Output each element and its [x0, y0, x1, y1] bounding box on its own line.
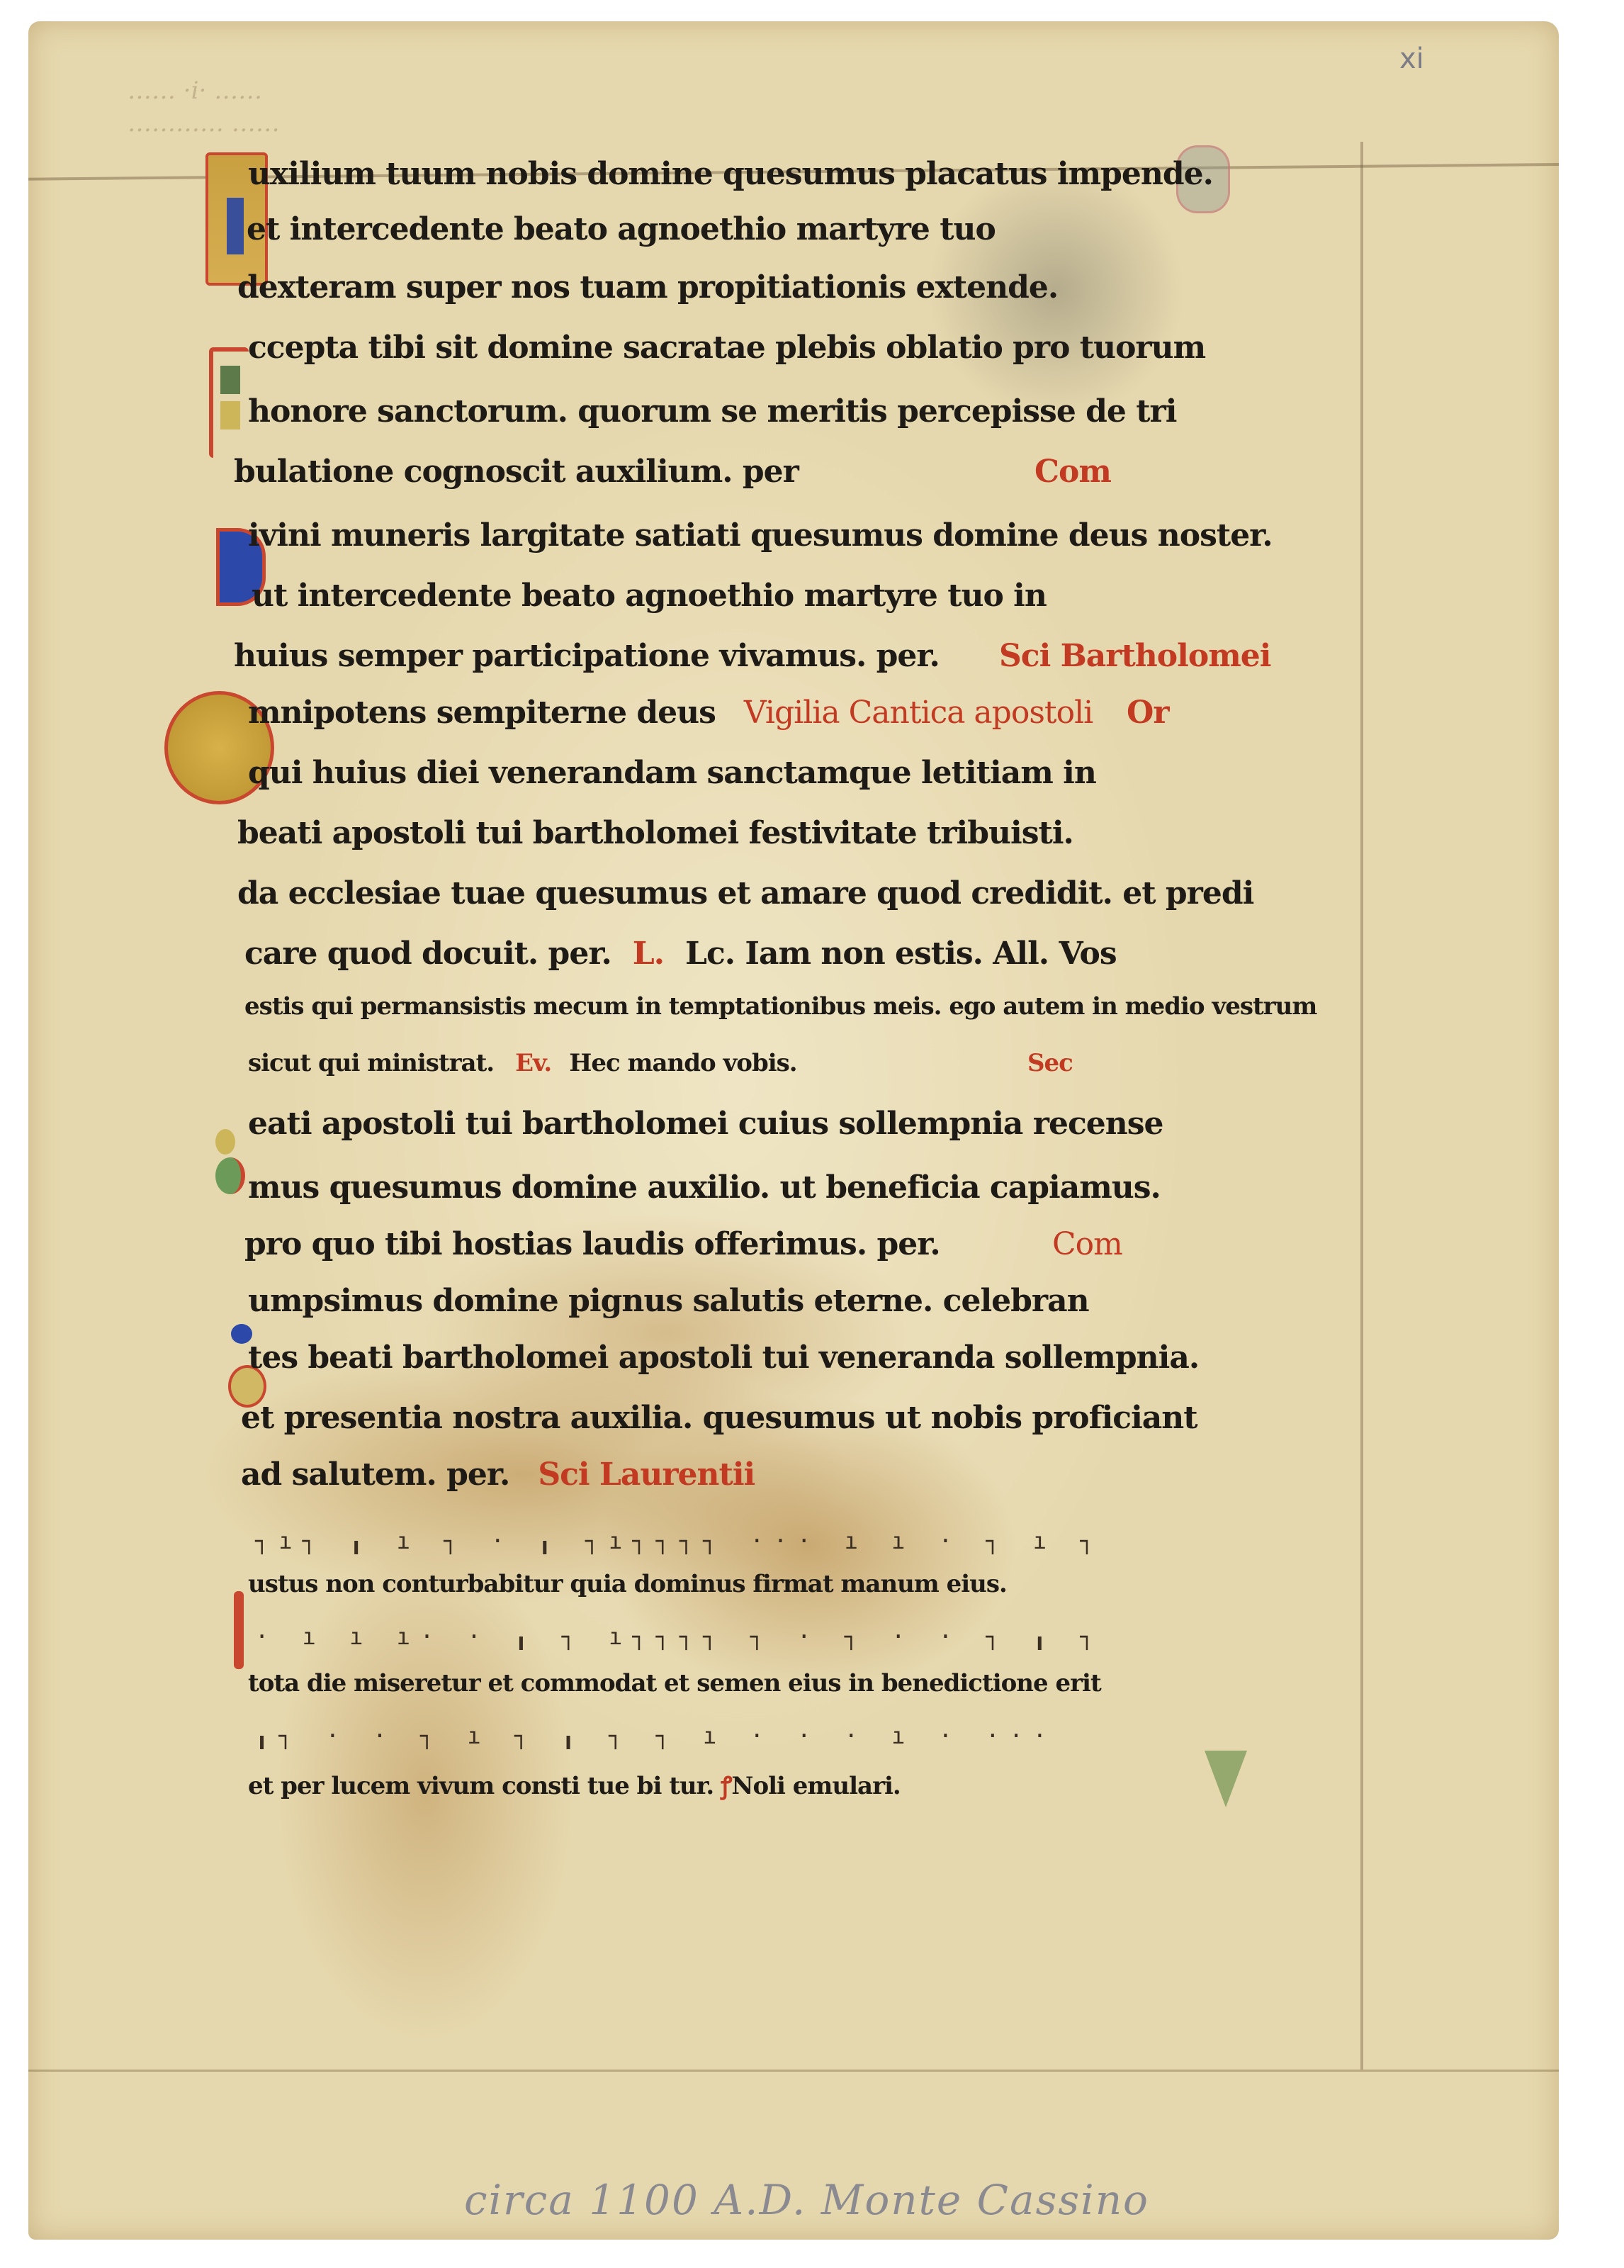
chant-text-line: ustus non conturbabitur quia dominus fir… — [248, 1570, 1007, 1598]
initial-b — [213, 1123, 241, 1201]
text-line: huius semper participatione vivamus. per… — [234, 638, 940, 674]
chant-incipit: Noli emulari. — [731, 1772, 900, 1800]
text-continuation: Lc. Iam non estis. All. Vos — [685, 936, 1117, 972]
rubric: Sec — [1027, 1049, 1073, 1077]
text-line: honore sanctorum. quorum se meritis perc… — [248, 393, 1176, 430]
text-line: dexteram super nos tuam propitiationis e… — [237, 269, 1058, 305]
neume-row: ┐ı┐ ╻ ı ┐ · ╻ ┐ı┐┐┐┐ ··· ı ı · ┐ ı ┐ — [255, 1527, 1104, 1554]
chant-text-line: et per lucem vivum consti tue bi tur.ꝭNo… — [248, 1768, 901, 1801]
initial-a-red — [209, 347, 249, 458]
rubric: Com — [1052, 1226, 1122, 1262]
text-continuation: Hec mando vobis. — [569, 1049, 796, 1077]
text-line: mus quesumus domine auxilio. ut benefici… — [248, 1169, 1161, 1206]
rubric: Or — [1127, 695, 1169, 731]
rubric: Ev. — [515, 1049, 551, 1077]
fold-line-bottom — [28, 2070, 1559, 2072]
text-line: beati apostoli tui bartholomei festivita… — [237, 815, 1073, 851]
neume-row: · ı ı ı· · ╻ ┐ ı┐┐┐┐ ┐ · ┐ · · ┐ ╻ ┐ — [255, 1623, 1104, 1650]
green-pigment-mark — [1205, 1751, 1247, 1807]
text-line: eati apostoli tui bartholomei cuius soll… — [248, 1106, 1163, 1142]
folio-number: xi — [1399, 43, 1424, 75]
text-line: estis qui permansistis mecum in temptati… — [244, 992, 1316, 1021]
text-line: bulatione cognoscit auxilium. perCom — [234, 454, 799, 490]
rubric: Vigilia Cantica apostoli — [744, 695, 1093, 731]
rubric: Sci Bartholomei — [999, 638, 1270, 674]
text-line: ivini muneris largitate satiati quesumus… — [248, 517, 1273, 554]
text-line: ccepta tibi sit domine sacratae plebis o… — [248, 330, 1205, 366]
text-line: uxilium tuum nobis domine quesumus placa… — [248, 156, 1213, 192]
rubric-mark: ꝭ — [721, 1772, 731, 1800]
text-line: ut intercedente beato agnoethio martyre … — [252, 578, 1047, 614]
text-line: et intercedente beato agnoethio martyre … — [247, 211, 996, 247]
rubric: Sci Laurentii — [538, 1456, 755, 1493]
initial-i-red — [234, 1591, 244, 1669]
text-line: care quod docuit. per.L.Lc. Iam non esti… — [244, 936, 1117, 972]
text-line: ad salutem. per.Sci Laurentii — [241, 1456, 755, 1493]
text-line: da ecclesiae tuae quesumus et amare quod… — [237, 875, 1253, 911]
top-margin-note: …… ·i· …… ………… …… — [128, 74, 280, 140]
text-line: umpsimus domine pignus salutis eterne. c… — [248, 1283, 1089, 1319]
rubric: Com — [1034, 454, 1111, 490]
chant-text-line: tota die miseretur et commodat et semen … — [248, 1669, 1101, 1697]
text-line: mnipotens sempiterne deusVigilia Cantica… — [248, 695, 1093, 731]
text-line: et presentia nostra auxilia. quesumus ut… — [241, 1400, 1197, 1436]
neume-row: ╻┐ · · ┐ ı ┐ ╻ ┐ ┐ ı · · · ı · ··· — [255, 1722, 1056, 1749]
text-line: sicut qui ministrat.Ev.Hec mando vobis.S… — [248, 1049, 797, 1077]
text-line: qui huius diei venerandam sanctamque let… — [248, 755, 1096, 791]
pencil-attribution-note: circa 1100 A.D. Monte Cassino — [464, 2176, 1149, 2224]
margin-note-line: ………… …… — [128, 107, 280, 140]
text-line: pro quo tibi hostias laudis offerimus. p… — [244, 1226, 940, 1262]
fold-line-right — [1360, 142, 1363, 2070]
margin-note-line: …… ·i· …… — [128, 74, 280, 107]
text-line: tes beati bartholomei apostoli tui vener… — [248, 1340, 1199, 1376]
rubric: L. — [633, 936, 664, 972]
